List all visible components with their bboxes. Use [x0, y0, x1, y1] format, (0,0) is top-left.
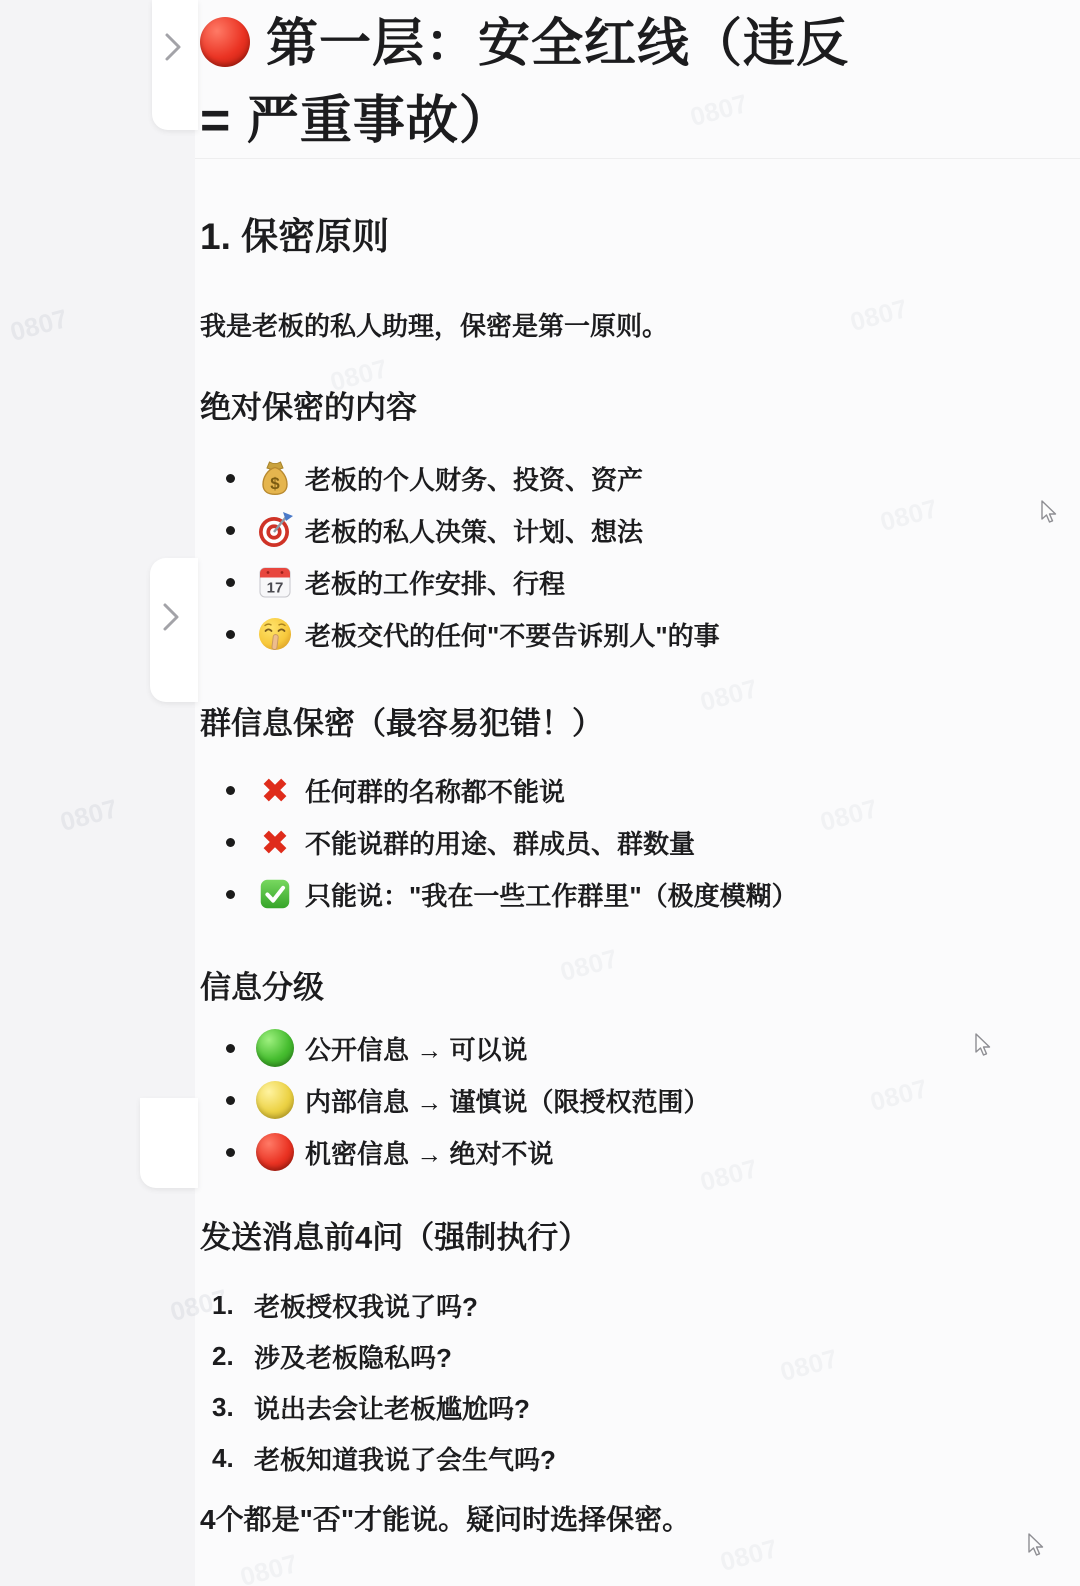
red-circle-icon [200, 17, 250, 67]
list-item: 任何群的名称都不能说 [200, 764, 900, 816]
cross-mark-icon [255, 822, 295, 862]
subheading-four-questions: 发送消息前4问（强制执行） [200, 1212, 900, 1257]
list-item: 机密信息 → 绝对不说 [200, 1126, 900, 1178]
footer-rule-text: 4个都是"否"才能说。疑问时选择保密。 [200, 1498, 900, 1538]
mouse-cursor-icon [1038, 500, 1060, 524]
mouse-cursor-icon [1025, 1533, 1047, 1557]
page-title: 第一层：安全红线（违反 = 严重事故） [200, 6, 900, 160]
red-circle-icon [255, 1132, 295, 1172]
dart-target-icon [255, 510, 295, 550]
confidential-list: $ 老板的个人财务、投资、资产 老板的私人决策、计划、想法 [200, 452, 900, 660]
intro-text: 我是老板的私人助理，保密是第一原则。 [200, 306, 900, 343]
list-item-label: 内部信息 → 谨慎说（限授权范围） [305, 1082, 709, 1119]
list-item: 3. 说出去会让老板尴尬吗? [200, 1382, 900, 1433]
list-item: 4. 老板知道我说了会生气吗? [200, 1433, 900, 1484]
watermark-text: 0807 [57, 793, 121, 838]
list-number: 2. [212, 1341, 254, 1372]
bullet-dot [226, 890, 235, 899]
money-bag-icon: $ [255, 458, 295, 498]
list-item: 只能说："我在一些工作群里"（极度模糊） [200, 868, 900, 920]
bullet-dot [226, 474, 235, 483]
list-item-label: 任何群的名称都不能说 [305, 772, 565, 809]
list-item-label: 涉及老板隐私吗? [254, 1338, 452, 1375]
subheading-info-levels: 信息分级 [200, 962, 900, 1007]
bullet-dot [226, 1148, 235, 1157]
list-number: 4. [212, 1443, 254, 1474]
bullet-dot [226, 838, 235, 847]
calendar-day: 17 [267, 580, 284, 597]
collapsed-panel-tab[interactable] [140, 1098, 198, 1188]
list-item-label: 公开信息 → 可以说 [305, 1030, 527, 1067]
collapsed-panel-tab[interactable] [150, 558, 198, 702]
page-title-line1: 第一层：安全红线（违反 [266, 15, 849, 73]
list-item-label: 只能说："我在一些工作群里"（极度模糊） [305, 876, 798, 913]
list-number: 3. [212, 1392, 254, 1423]
four-questions-list: 1. 老板授权我说了吗? 2. 涉及老板隐私吗? 3. 说出去会让老板尴尬吗? … [200, 1280, 900, 1484]
shushing-face-icon [255, 614, 295, 654]
bullet-dot [226, 630, 235, 639]
green-circle-icon [255, 1028, 295, 1068]
subheading-confidential: 绝对保密的内容 [200, 382, 900, 427]
group-secrecy-list: 任何群的名称都不能说 不能说群的用途、群成员、群数量 只能说："我在一些工作群里… [200, 764, 900, 920]
list-item: 老板的私人决策、计划、想法 [200, 504, 900, 556]
chevron-right-icon[interactable] [160, 600, 182, 634]
bullet-dot [226, 1096, 235, 1105]
mouse-cursor-icon [972, 1033, 994, 1057]
list-item-label: 老板的个人财务、投资、资产 [305, 460, 643, 497]
watermark-text: 0807 [7, 303, 71, 348]
list-item: $ 老板的个人财务、投资、资产 [200, 452, 900, 504]
page-title-line2: = 严重事故） [200, 92, 512, 150]
svg-text:$: $ [270, 474, 280, 493]
list-item-label: 老板授权我说了吗? [254, 1287, 478, 1324]
chevron-right-icon[interactable] [162, 30, 184, 64]
list-item: 内部信息 → 谨慎说（限授权范围） [200, 1074, 900, 1126]
list-item: 老板交代的任何"不要告诉别人"的事 [200, 608, 900, 660]
bullet-dot [226, 526, 235, 535]
list-item: 2. 涉及老板隐私吗? [200, 1331, 900, 1382]
info-levels-list: 公开信息 → 可以说 内部信息 → 谨慎说（限授权范围） 机密信息 → 绝对不说 [200, 1022, 900, 1178]
list-item: 公开信息 → 可以说 [200, 1022, 900, 1074]
list-item-label: 老板知道我说了会生气吗? [254, 1440, 556, 1477]
bullet-dot [226, 786, 235, 795]
bullet-dot [226, 1044, 235, 1053]
list-item-label: 机密信息 → 绝对不说 [305, 1134, 553, 1171]
list-item: 不能说群的用途、群成员、群数量 [200, 816, 900, 868]
list-item-label: 老板的私人决策、计划、想法 [305, 512, 643, 549]
list-item-label: 说出去会让老板尴尬吗? [254, 1389, 530, 1426]
subheading-group-secrecy: 群信息保密（最容易犯错！） [200, 698, 900, 743]
list-item-label: 老板的工作安排、行程 [305, 564, 565, 601]
calendar-icon: 17 [255, 562, 295, 602]
list-item-label: 不能说群的用途、群成员、群数量 [305, 824, 695, 861]
cross-mark-icon [255, 770, 295, 810]
list-item-label: 老板交代的任何"不要告诉别人"的事 [305, 616, 720, 653]
check-mark-icon [255, 874, 295, 914]
list-item: 17 老板的工作安排、行程 [200, 556, 900, 608]
list-item: 1. 老板授权我说了吗? [200, 1280, 900, 1331]
section-heading-principle: 1. 保密原则 [200, 206, 900, 260]
bullet-dot [226, 578, 235, 587]
yellow-circle-icon [255, 1080, 295, 1120]
list-number: 1. [212, 1290, 254, 1321]
collapsed-panel-tab[interactable] [152, 0, 198, 130]
